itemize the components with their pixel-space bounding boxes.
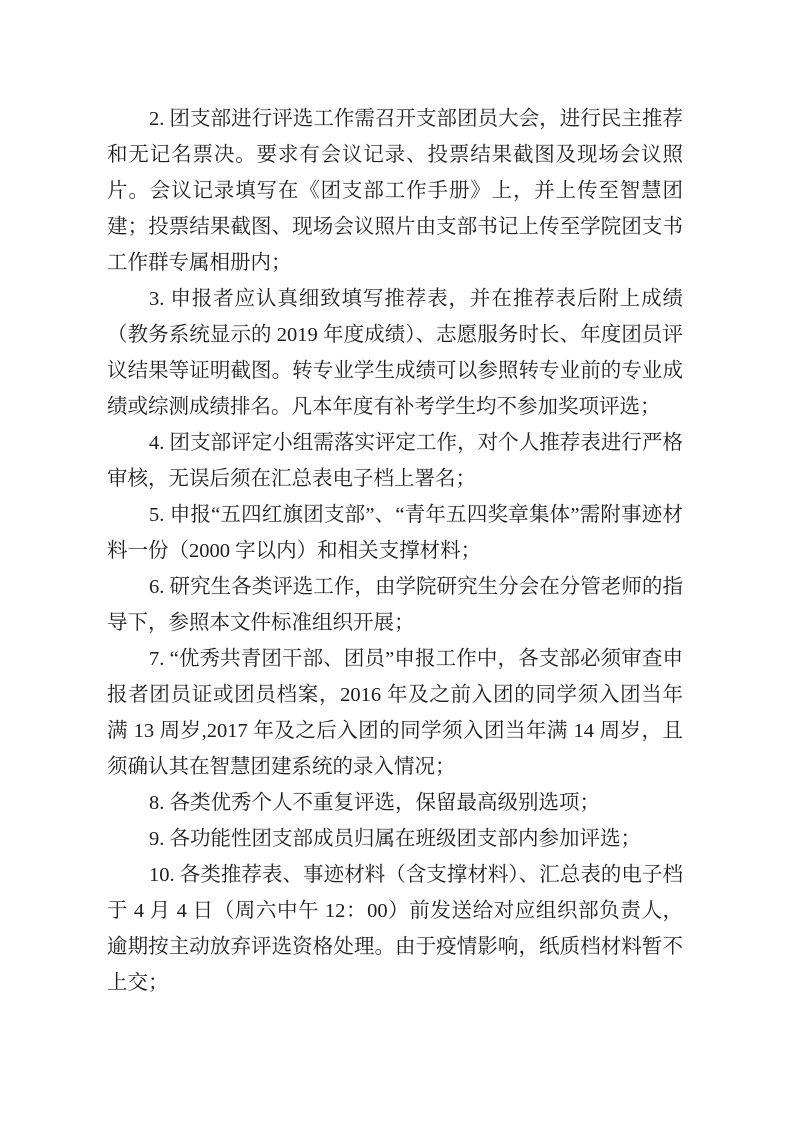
paragraph-item-7: 7. “优秀共青团干部、团员”申报工作中，各支部必须审查申报者团员证或团员档案，… bbox=[107, 641, 683, 785]
document-page: 2. 团支部进行评选工作需召开支部团员大会，进行民主推荐和无记名票决。要求有会议… bbox=[0, 0, 794, 1122]
document-body: 2. 团支部进行评选工作需召开支部团员大会，进行民主推荐和无记名票决。要求有会议… bbox=[107, 101, 683, 1001]
paragraph-item-8: 8. 各类优秀个人不重复评选，保留最高级别选项； bbox=[107, 785, 683, 821]
paragraph-item-4: 4. 团支部评定小组需落实评定工作，对个人推荐表进行严格审核，无误后须在汇总表电… bbox=[107, 425, 683, 497]
paragraph-item-6: 6. 研究生各类评选工作，由学院研究生分会在分管老师的指导下，参照本文件标准组织… bbox=[107, 569, 683, 641]
paragraph-item-3: 3. 申报者应认真细致填写推荐表，并在推荐表后附上成绩（教务系统显示的 2019… bbox=[107, 281, 683, 425]
paragraph-item-9: 9. 各功能性团支部成员归属在班级团支部内参加评选； bbox=[107, 821, 683, 857]
paragraph-item-10: 10. 各类推荐表、事迹材料（含支撑材料）、汇总表的电子档于 4 月 4 日（周… bbox=[107, 857, 683, 1001]
paragraph-item-5: 5. 申报“五四红旗团支部”、“青年五四奖章集体”需附事迹材料一份（2000 字… bbox=[107, 497, 683, 569]
paragraph-item-2: 2. 团支部进行评选工作需召开支部团员大会，进行民主推荐和无记名票决。要求有会议… bbox=[107, 101, 683, 281]
